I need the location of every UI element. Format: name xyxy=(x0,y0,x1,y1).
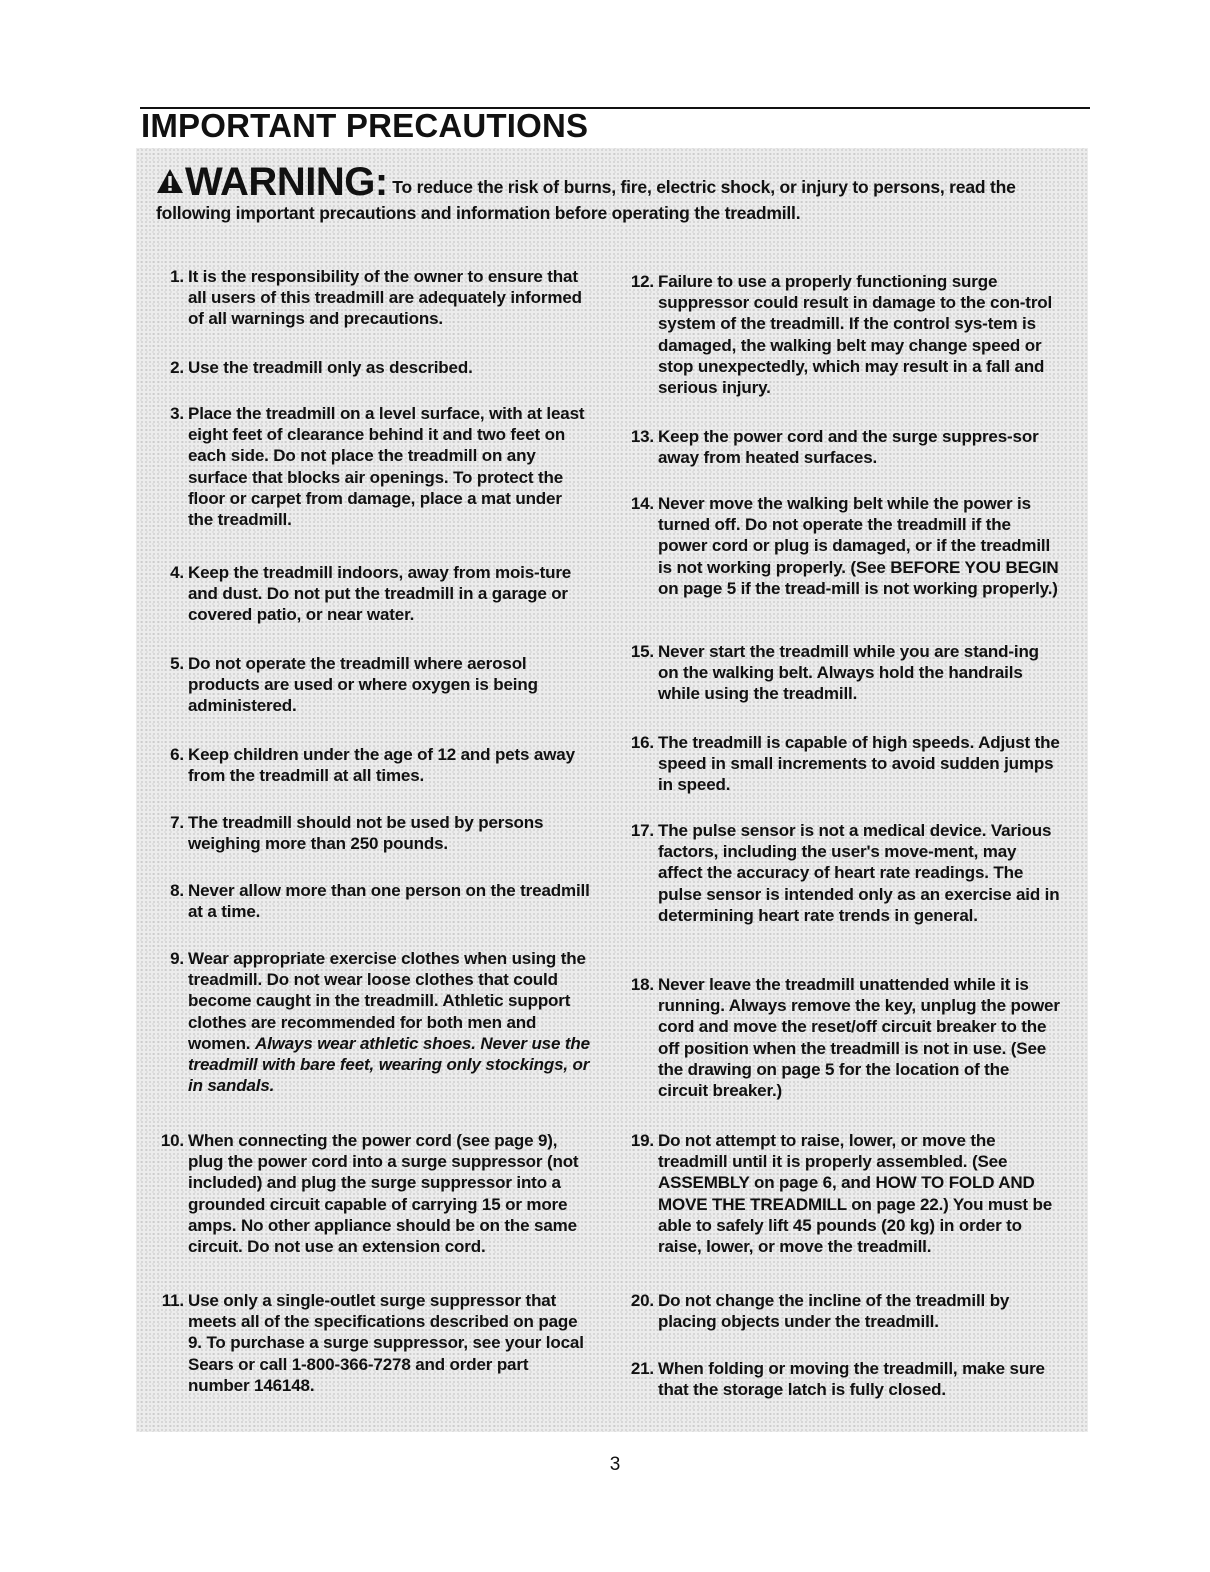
item-text: Do not operate the treadmill where aeros… xyxy=(188,653,590,717)
precaution-item: 10. When connecting the power cord (see … xyxy=(150,1130,590,1257)
item-number: 3. xyxy=(150,403,184,424)
precaution-item: 17. The pulse sensor is not a medical de… xyxy=(620,820,1060,926)
warning-label: WARNING: xyxy=(185,160,388,204)
precaution-item: 13. Keep the power cord and the surge su… xyxy=(620,426,1060,468)
item-number: 9. xyxy=(150,948,184,969)
precaution-item: 3. Place the treadmill on a level surfac… xyxy=(150,403,590,530)
item-number: 18. xyxy=(620,974,654,995)
item-number: 6. xyxy=(150,744,184,765)
item-text: Keep the power cord and the surge suppre… xyxy=(658,426,1060,468)
precaution-item: 12. Failure to use a properly functionin… xyxy=(620,271,1060,398)
item-text: Use the treadmill only as described. xyxy=(188,357,590,378)
precaution-item: 11. Use only a single-outlet surge suppr… xyxy=(150,1290,590,1396)
item-number: 1. xyxy=(150,266,184,287)
precaution-item: 7. The treadmill should not be used by p… xyxy=(150,812,590,854)
page-title: IMPORTANT PRECAUTIONS xyxy=(141,106,588,146)
item-number: 21. xyxy=(620,1358,654,1379)
page-number: 3 xyxy=(600,1454,630,1476)
item-number: 11. xyxy=(150,1290,184,1311)
item-text: Never leave the treadmill unattended whi… xyxy=(658,974,1060,1101)
precaution-item: 5. Do not operate the treadmill where ae… xyxy=(150,653,590,717)
item-number: 16. xyxy=(620,732,654,753)
item-text: The treadmill is capable of high speeds.… xyxy=(658,732,1060,796)
precaution-item: 4. Keep the treadmill indoors, away from… xyxy=(150,562,590,626)
precaution-item: 15. Never start the treadmill while you … xyxy=(620,641,1060,705)
item-text: Keep children under the age of 12 and pe… xyxy=(188,744,590,786)
precaution-item: 6. Keep children under the age of 12 and… xyxy=(150,744,590,786)
item-number: 10. xyxy=(150,1130,184,1151)
item-text: It is the responsibility of the owner to… xyxy=(188,266,590,330)
item-number: 2. xyxy=(150,357,184,378)
item-text: Never allow more than one person on the … xyxy=(188,880,590,922)
item-text: Do not change the incline of the treadmi… xyxy=(658,1290,1060,1332)
item-number: 7. xyxy=(150,812,184,833)
warning-box: WARNING: To reduce the risk of burns, fi… xyxy=(136,148,1088,1432)
item-text: The pulse sensor is not a medical device… xyxy=(658,820,1060,926)
item-text: Place the treadmill on a level surface, … xyxy=(188,403,590,530)
item-number: 15. xyxy=(620,641,654,662)
item-number: 17. xyxy=(620,820,654,841)
item-number: 14. xyxy=(620,493,654,514)
item-text: Keep the treadmill indoors, away from mo… xyxy=(188,562,590,626)
item-text: When folding or moving the treadmill, ma… xyxy=(658,1358,1060,1400)
precaution-item: 18. Never leave the treadmill unattended… xyxy=(620,974,1060,1101)
item-text: Wear appropriate exercise clothes when u… xyxy=(188,948,590,1096)
precaution-item: 20. Do not change the incline of the tre… xyxy=(620,1290,1060,1332)
warning-heading: WARNING: To reduce the risk of burns, fi… xyxy=(156,162,1076,224)
precaution-item: 14. Never move the walking belt while th… xyxy=(620,493,1060,599)
item-number: 12. xyxy=(620,271,654,292)
item-text: Failure to use a properly functioning su… xyxy=(658,271,1060,398)
warning-triangle-icon xyxy=(156,168,184,194)
precaution-item: 16. The treadmill is capable of high spe… xyxy=(620,732,1060,796)
item-text: Never start the treadmill while you are … xyxy=(658,641,1060,705)
precaution-item: 19. Do not attempt to raise, lower, or m… xyxy=(620,1130,1060,1257)
item-number: 8. xyxy=(150,880,184,901)
item-text: Use only a single-outlet surge suppresso… xyxy=(188,1290,590,1396)
item-number: 20. xyxy=(620,1290,654,1311)
precaution-item: 1. It is the responsibility of the owner… xyxy=(150,266,590,330)
item-text: Never move the walking belt while the po… xyxy=(658,493,1060,599)
item-number: 19. xyxy=(620,1130,654,1151)
item-number: 5. xyxy=(150,653,184,674)
item-text: The treadmill should not be used by pers… xyxy=(188,812,590,854)
precaution-item: 9. Wear appropriate exercise clothes whe… xyxy=(150,948,590,1096)
item-text: When connecting the power cord (see page… xyxy=(188,1130,590,1257)
item-number: 13. xyxy=(620,426,654,447)
precaution-item: 8. Never allow more than one person on t… xyxy=(150,880,590,922)
item-text: Do not attempt to raise, lower, or move … xyxy=(658,1130,1060,1257)
precaution-item: 2. Use the treadmill only as described. xyxy=(150,357,590,378)
item-number: 4. xyxy=(150,562,184,583)
precaution-item: 21. When folding or moving the treadmill… xyxy=(620,1358,1060,1400)
